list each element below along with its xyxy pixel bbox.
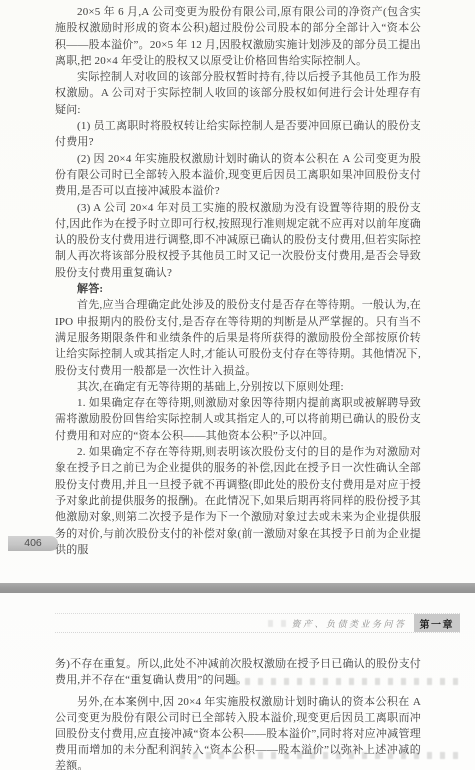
paragraph: 20×5 年 6 月,A 公司变更为股份有限公司,原有限公司的净资产(包含实施股… bbox=[55, 4, 421, 69]
paragraph: 其次,在确定有无等待期的基础上,分别按以下原则处理: bbox=[55, 379, 421, 395]
paragraph: (1) 员工离职时将股权转让给实际控制人是否要冲回原已确认的股份支付费用? bbox=[55, 118, 421, 151]
paragraph: (2) 因 20×4 年实施股权激励计划时确认的资本公积在 A 公司变更为股份有… bbox=[55, 151, 421, 200]
scanned-book-page: 20×5 年 6 月,A 公司变更为股份有限公司,原有限公司的净资产(包含实施股… bbox=[0, 0, 475, 770]
paragraph: (3) A 公司 20×4 年对员工实施的股权激励为没有设置等待期的股份支付,因… bbox=[55, 200, 421, 281]
paragraph: 1. 如果确定存在等待期,则激励对象因等待期内提前离职或被解聘导致需将激励股份回… bbox=[55, 395, 421, 444]
paragraph: 实际控制人对收回的该部分股权暂时持有,待以后授予其他员工作为股权激励。A 公司对… bbox=[55, 69, 421, 118]
paragraph: 2. 如果确定不存在等待期,则表明该次股份支付的目的是作为对激励对象在授予日之前… bbox=[55, 444, 421, 558]
scan-artifact bbox=[268, 620, 310, 627]
page-top-text: 20×5 年 6 月,A 公司变更为股份有限公司,原有限公司的净资产(包含实施股… bbox=[55, 4, 421, 558]
page-number-badge: 406 bbox=[8, 536, 58, 551]
chapter-badge: 第一章 bbox=[414, 614, 461, 632]
running-header: 资产、负债类业务问答 第一章 bbox=[55, 613, 460, 633]
scan-artifact bbox=[180, 752, 460, 759]
scan-artifact bbox=[232, 678, 460, 685]
paragraph: 首先,应当合理确定此处涉及的股份支付是否存在等待期。一般认为,在 IPO 申报期… bbox=[55, 297, 421, 378]
page-divider bbox=[0, 583, 475, 593]
answer-heading: 解答: bbox=[55, 281, 421, 297]
